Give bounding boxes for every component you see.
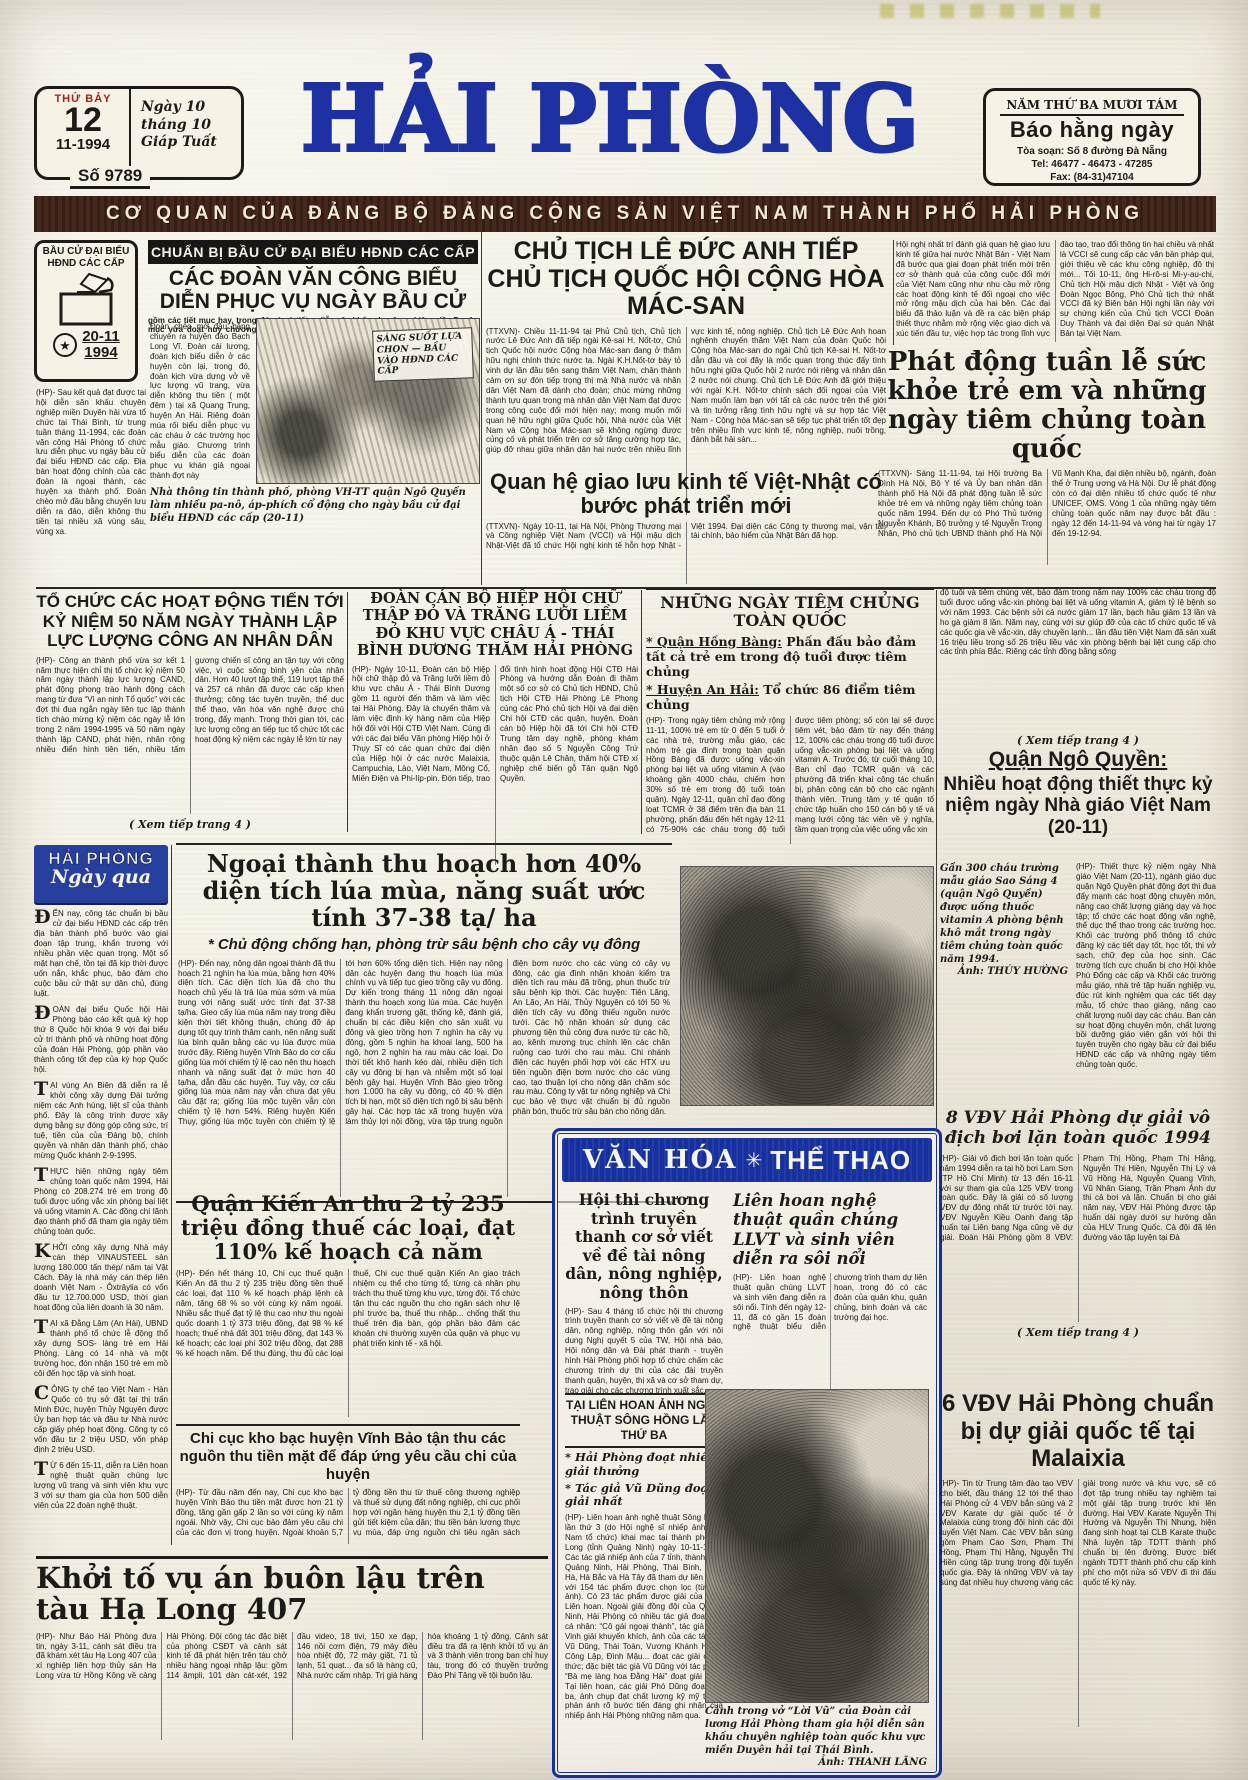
continued-note: ( Xem tiếp trang 4 ) <box>940 734 1216 747</box>
article-vancong-kicker: CHUẨN BỊ BẦU CỬ ĐẠI BIỂU HĐND CÁC CẤP <box>148 240 478 264</box>
brief-item: THỰC hiện những ngày tiêm chủng toàn quố… <box>34 1167 168 1237</box>
brief-item: CÔNG ty chế tạo Việt Nam - Hàn Quốc có t… <box>34 1385 168 1455</box>
brief-item: ĐOÀN đại biểu Quốc hội Hải Phòng báo cáo… <box>34 1005 168 1075</box>
election-year: 1994 <box>82 345 120 361</box>
article-vinhbao-body: (HP)- Từ đầu năm đến nay, Chi cục kho bạ… <box>176 1488 520 1544</box>
article-vancong-headline: CÁC ĐOÀN VĂN CÔNG BIỂU DIỄN PHỤC VỤ NGÀY… <box>148 268 478 313</box>
article-phatdong: Phát động tuần lễ sức khỏe trẻ em và nhữ… <box>878 348 1216 565</box>
poster-slogan: SÁNG SUỐT LỰA CHỌN — BẦU VÀO HĐND CÁC CẤ… <box>372 327 474 382</box>
brief-item: TẠI vùng An Biên đã diễn ra lễ khởi công… <box>34 1081 168 1161</box>
daily-label: Báo hằng ngày <box>986 117 1198 143</box>
article-kienan-headline: Quận Kiến An thu 2 tỷ 235 triệu đồng thu… <box>176 1192 520 1264</box>
article-anhnghethuat-sub1: * Hải Phòng đoạt nhiều giải thưởng <box>565 1451 723 1479</box>
day-number: 12 <box>37 105 129 136</box>
article-vietnhat-headline: Quan hệ giao lưu kinh tế Việt-Nhật có bư… <box>486 470 886 518</box>
newspaper-page: THỨ BẢY 12 11-1994 Ngày 10 tháng 10 Giáp… <box>0 0 1248 1780</box>
ngayqua-logo: HẢI PHÒNG Ngày qua <box>34 845 168 903</box>
brief-item: KHỞI công xây dựng Nhà máy cán thép VINA… <box>34 1243 168 1313</box>
article-anhnghethuat-sub2: * Tác giả Vũ Dũng đoạt giải nhất <box>565 1482 723 1510</box>
photo1-caption-and-body: Gần 300 cháu trường mẫu giáo Sao Sáng 4 … <box>940 862 1216 1104</box>
star-icon: ✳ <box>745 1148 762 1173</box>
article-tiemchung-headline: NHỮNG NGÀY TIÊM CHỦNG TOÀN QUỐC <box>646 594 934 631</box>
article-khoito: Khởi tố vụ án buôn lậu trên tàu Hạ Long … <box>36 1556 548 1740</box>
article-vietnhat-continuation: Hội nghị nhất trí đánh giá quan hệ giao … <box>896 240 1214 342</box>
sidebar-ngayqua: HẢI PHÒNG Ngày qua ĐẾN nay, công tác chu… <box>34 845 168 1511</box>
brief-item: TẠI xã Đằng Lâm (An Hải), UBND thành phố… <box>34 1319 168 1379</box>
article-anhnghethuat-headline: TẠI LIÊN HOAN ẢNH NGHỆ THUẬT SÔNG HỒNG L… <box>565 1393 723 1448</box>
election-date: 20-11 <box>82 329 120 345</box>
column-rule <box>641 590 642 834</box>
party-organ-banner: CƠ QUAN CỦA ĐẢNG BỘ ĐẢNG CỘNG SẢN VIỆT N… <box>34 196 1216 232</box>
article-8vdv-headline: 8 VĐV Hải Phòng dự giải vô địch bơi lặn … <box>940 1108 1216 1149</box>
article-6vdv: 6 VĐV Hải Phòng chuẩn bị dự giải quốc tế… <box>940 1390 1216 1727</box>
article-tiemchung-sub1: * Quận Hồng Bàng: Phấn đấu bảo đảm tất c… <box>646 634 934 679</box>
article-chuthapdo-body: (HP)- Ngày 10-11, Đoàn cán bộ Hiệp hội c… <box>352 665 638 865</box>
culture-sport-banner: VĂN HÓA ✳ THỂ THAO <box>562 1138 932 1182</box>
column-rule <box>347 592 348 832</box>
article-kienan-body: (HP)- Đến hết tháng 10, Chi cục thuế quậ… <box>176 1269 520 1417</box>
date-left: THỨ BẢY 12 11-1994 <box>37 89 131 177</box>
article-ngoquyen: Quận Ngô Quyền: Nhiều hoạt động thiết th… <box>940 748 1216 838</box>
photo1-caption: Gần 300 cháu trường mẫu giáo Sao Sáng 4 … <box>940 862 1068 966</box>
article-tiemchung: NHỮNG NGÀY TIÊM CHỦNG TOÀN QUỐC * Quận H… <box>646 588 934 844</box>
election-promo-box: BẦU CỬ ĐẠI BIỂU HĐND CÁC CẤP ★ 20-11 199… <box>34 240 138 382</box>
article-tiemchung-continuation: độ tuổi và tiêm chủng vét, bảo đảm trong… <box>940 588 1216 730</box>
article-tiemchung-body: (HP)- Trong ngày tiêm chủng mở rộng 11-1… <box>646 716 934 844</box>
article-lienhoan-headline: Liên hoan nghệ thuật quần chúng LLVT và … <box>733 1191 927 1269</box>
column-rule <box>893 240 894 345</box>
article-8vdv: 8 VĐV Hải Phòng dự giải vô địch bơi lặn … <box>940 1108 1216 1339</box>
article-lienhoan: Liên hoan nghệ thuật quần chúng LLVT và … <box>733 1191 927 1391</box>
article-ngoquyen-kicker: Quận Ngô Quyền: <box>940 748 1216 772</box>
article-chuthapdo: ĐOÀN CÁN BỘ HIỆP HỘI CHỮ THẬP ĐỎ VÀ TRĂN… <box>352 590 638 865</box>
anniversary-line: NĂM THỨ BA MƯƠI TÁM <box>1000 98 1183 116</box>
article-leducanh-headline: CHỦ TỊCH LÊ ĐỨC ANH TIẾP CHỦ TỊCH QUỐC H… <box>486 238 886 321</box>
photo2-caption: Cảnh trong vở “Lời Vũ” của Đoàn cải lươn… <box>705 1705 927 1757</box>
article-vietnhat: Quan hệ giao lưu kinh tế Việt-Nhật có bư… <box>486 470 886 584</box>
article-chuthapdo-headline: ĐOÀN CÁN BỘ HIỆP HỘI CHỮ THẬP ĐỎ VÀ TRĂN… <box>352 590 638 660</box>
article-tiemchung-sub2: * Huyện An Hải: Tổ chức 86 điểm tiêm chủ… <box>646 682 934 712</box>
article-congan: TỔ CHỨC CÁC HOẠT ĐỘNG TIẾN TỚI KỶ NIỆM 5… <box>36 592 344 831</box>
ngayqua-logo-line2: Ngày qua <box>34 869 168 886</box>
photo2-caption-block: Cảnh trong vở “Lời Vũ” của Đoàn cải lươn… <box>705 1705 927 1768</box>
photo2-credit: Ảnh: THANH LÃNG <box>705 1757 927 1768</box>
fax-line: Fax: (84-31)47104 <box>986 171 1198 184</box>
photo1-caption-col: Gần 300 cháu trường mẫu giáo Sao Sáng 4 … <box>940 862 1068 1104</box>
photo1-credit: Ảnh: THÚY HƯỜNG <box>940 966 1068 977</box>
article-6vdv-body: (HP)- Tin từ Trung tâm đào tạo VĐV cho b… <box>940 1479 1216 1727</box>
svg-text:★: ★ <box>59 338 71 353</box>
culture-sport-section: VĂN HÓA ✳ THỂ THAO Hội thi chương trình … <box>552 1128 942 1778</box>
article-kienan: Quận Kiến An thu 2 tỷ 235 triệu đồng thu… <box>176 1192 520 1417</box>
brief-item: ĐẾN nay, công tác chuẩn bị bầu cử đại bi… <box>34 909 168 999</box>
national-emblem-icon: ★ <box>52 332 78 358</box>
article-anhnghethuat-body: (HP)- Liên hoan ảnh nghệ thuật Sông Hồng… <box>565 1513 723 1780</box>
banner-thethao-label: THỂ THAO <box>770 1145 911 1176</box>
article-vinhbao: Chi cục kho bạc huyện Vĩnh Bảo tận thu c… <box>176 1424 520 1544</box>
article-phatdong-body: (TTXVN)- Sáng 11-11-94, tại Hội trường B… <box>878 469 1216 565</box>
article-tiemchung-cont-wrap: độ tuổi và tiêm chủng vét, bảo đảm trong… <box>940 588 1216 747</box>
article-ngoaithanh-deck: * Chủ động chống hạn, phòng trừ sâu bệnh… <box>178 936 670 953</box>
article-anhnghethuat: TẠI LIÊN HOAN ẢNH NGHỆ THUẬT SÔNG HỒNG L… <box>565 1393 723 1780</box>
tel-line: Tel: 46477 - 46473 - 47285 <box>986 158 1198 171</box>
article-khoito-body: (HP)- Như Báo Hải Phòng đưa tin, ngày 3-… <box>36 1632 548 1740</box>
masthead-info-box: NĂM THỨ BA MƯƠI TÁM Báo hằng ngày Tòa so… <box>983 88 1201 186</box>
election-box-title: BẦU CỬ ĐẠI BIỂU HĐND CÁC CẤP <box>40 246 132 269</box>
continued-note: ( Xem tiếp trang 4 ) <box>940 1326 1216 1339</box>
stage-performance-photo <box>705 1389 929 1703</box>
article-ngoquyen-body: (HP)- Thiết thực kỷ niệm ngày Nhà giáo V… <box>1076 862 1216 1104</box>
article-vancong-body-left: (HP)- Sau kết quả đạt được tại hội diễn … <box>36 388 146 584</box>
scan-smudge <box>880 4 1100 18</box>
address-line: Tòa soạn: Số 8 đường Đà Nẵng <box>986 145 1198 158</box>
continued-note: ( Xem tiếp trang 4 ) <box>36 818 344 831</box>
newspaper-title: HẢI PHÒNG <box>240 73 980 165</box>
article-hoithi: Hội thi chương trình truyền thanh cơ sở … <box>565 1191 723 1427</box>
vaccination-photo <box>680 866 934 1106</box>
election-poster-illustration: SÁNG SUỐT LỰA CHỌN — BẦU VÀO HĐND CÁC CẤ… <box>256 318 480 484</box>
month-year: 11-1994 <box>37 136 129 153</box>
article-vinhbao-headline: Chi cục kho bạc huyện Vĩnh Bảo tận thu c… <box>176 1430 520 1484</box>
article-8vdv-body: (HP)- Giải vô địch bơi lặn toàn quốc năm… <box>940 1154 1216 1322</box>
issue-number: Số 9789 <box>70 166 150 189</box>
lunar-date: Ngày 10 tháng 10 Giáp Tuất <box>131 89 241 177</box>
article-congan-body: (HP)- Công an thành phố vừa sơ kết 1 năm… <box>36 656 344 814</box>
article-ngoaithanh-headline: Ngoại thành thu hoạch hơn 40% diện tích … <box>178 851 670 932</box>
article-congan-headline: TỔ CHỨC CÁC HOẠT ĐỘNG TIẾN TỚI KỶ NIỆM 5… <box>36 592 344 651</box>
article-vancong-body-col: Đoàn chèo mở đầu bằng chuyến ra huyện đả… <box>150 322 250 482</box>
ballot-box-icon <box>51 270 121 328</box>
brief-item: TỪ 6 đến 15-11, diễn ra Liên hoan nghệ t… <box>34 1461 168 1511</box>
article-6vdv-headline: 6 VĐV Hải Phòng chuẩn bị dự giải quốc tế… <box>940 1390 1216 1473</box>
article-khoito-headline: Khởi tố vụ án buôn lậu trên tàu Hạ Long … <box>36 1563 548 1626</box>
banner-vanhoa-label: VĂN HÓA <box>583 1145 738 1175</box>
column-rule <box>171 845 172 1545</box>
article-vietnhat-body: (TTXVN)- Ngày 10-11, tại Hà Nội, Phòng T… <box>486 522 886 584</box>
article-hoithi-headline: Hội thi chương trình truyền thanh cơ sở … <box>565 1191 723 1303</box>
article-lienhoan-body: (HP)- Liên hoan nghệ thuật quần chúng LL… <box>733 1273 927 1391</box>
illustration-caption: Nhà thông tin thành phố, phòng VH-TT quậ… <box>150 486 478 525</box>
column-rule <box>481 205 482 585</box>
article-phatdong-headline: Phát động tuần lễ sức khỏe trẻ em và nhữ… <box>878 348 1216 464</box>
article-ngoquyen-headline: Nhiều hoạt động thiết thực kỷ niệm ngày … <box>940 774 1216 838</box>
